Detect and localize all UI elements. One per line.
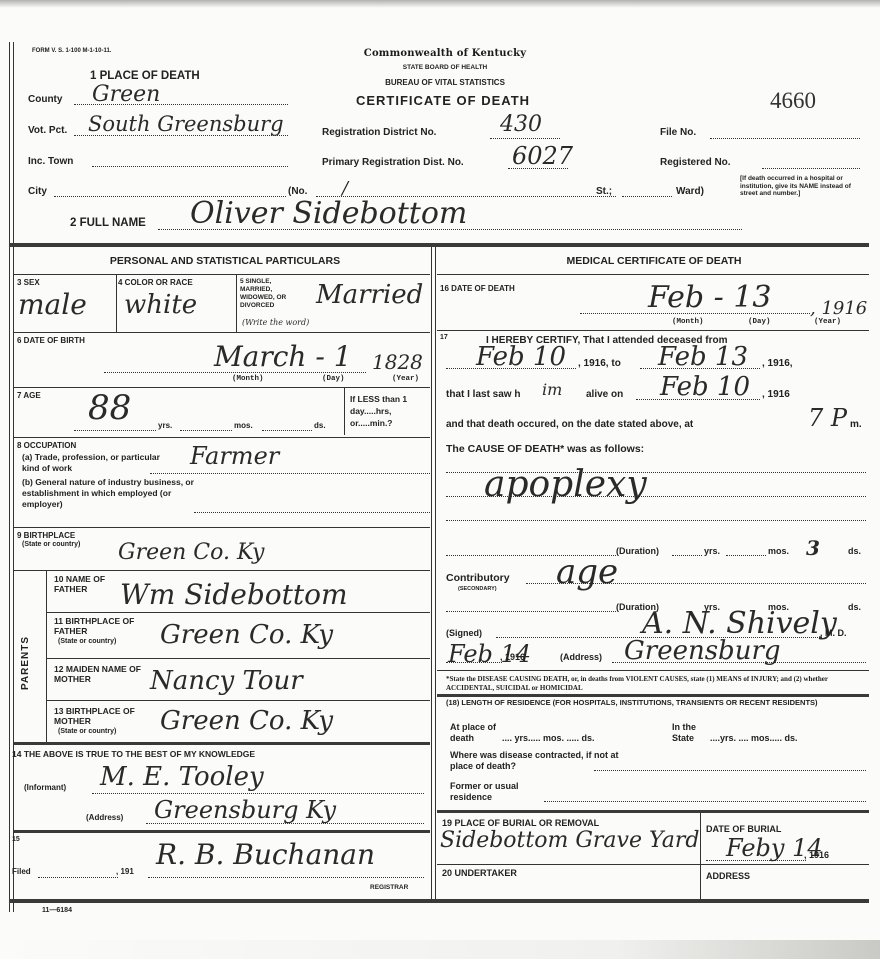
ward-label: Ward)	[676, 186, 704, 197]
occupation-a-value[interactable]: Farmer	[190, 442, 279, 470]
father-birthplace-sub: (State or country)	[58, 638, 116, 645]
undertaker-label: 20 UNDERTAKER	[442, 868, 517, 878]
cause-label: The CAUSE OF DEATH* was as follows:	[446, 443, 644, 455]
primary-registration-label: Primary Registration Dist. No.	[322, 157, 464, 168]
duration-yrs-line[interactable]	[672, 555, 702, 556]
inc-town-line[interactable]	[92, 166, 288, 167]
center-divider	[431, 247, 436, 899]
filed-year-prefix: , 191	[116, 867, 134, 876]
registration-district-value[interactable]: 430	[500, 112, 542, 137]
less-than-label: If LESS than 1 day.....hrs, or.....min.?	[350, 393, 430, 429]
duration-mos-line[interactable]	[726, 555, 766, 556]
age-ds-label: ds.	[314, 421, 326, 430]
father-birthplace-value[interactable]: Green Co. Ky	[160, 620, 333, 650]
dod-value[interactable]: Feb - 13	[648, 280, 772, 315]
at-place-units[interactable]: .... yrs..... mos. ..... ds.	[502, 733, 595, 743]
death-time-text: and that death occured, on the date stat…	[446, 419, 693, 430]
in-state-units[interactable]: ....yrs. .... mos..... ds.	[710, 733, 798, 743]
dob-value[interactable]: March - 1	[214, 340, 352, 373]
ward-line[interactable]	[622, 196, 672, 197]
mother-name-label: 12 MAIDEN NAME OF MOTHER	[54, 664, 154, 684]
occupation-b-line[interactable]	[194, 512, 430, 513]
dob-day-label: (Day)	[322, 375, 345, 383]
burial-value[interactable]: Sidebottom Grave Yard	[440, 828, 700, 853]
race-label: 4 COLOR OR RACE	[118, 278, 193, 287]
filed-label: Filed	[12, 867, 31, 876]
last-saw-value[interactable]: Feb 10	[660, 372, 750, 402]
county-value[interactable]: Green	[92, 82, 160, 107]
registration-district-line	[490, 138, 560, 139]
scan-edge-bottom	[0, 940, 880, 959]
rule-birthplace	[14, 527, 430, 528]
former-label: Former or usual residence	[450, 781, 550, 803]
signed-year: , 1916	[500, 652, 525, 662]
scan-edge-top	[0, 0, 880, 8]
rule-informant	[14, 742, 430, 745]
birthplace-value[interactable]: Green Co. Ky	[118, 540, 264, 565]
in-state-label: In the State	[672, 722, 712, 744]
inc-town-label: Inc. Town	[28, 156, 73, 167]
occupation-a-line	[150, 473, 430, 474]
dob-year[interactable]: 1828	[372, 350, 423, 374]
duration-ds-label: ds.	[848, 546, 861, 556]
certificate-title: CERTIFICATE OF DEATH	[318, 93, 568, 108]
filed-date-line[interactable]	[38, 877, 118, 878]
death-time-value[interactable]: 7 P	[808, 404, 847, 432]
informant-line	[92, 793, 424, 794]
registrar-line	[148, 877, 424, 878]
attended-from-year: , 1916, to	[578, 358, 621, 369]
rule-age	[14, 387, 430, 388]
full-name-label: 2 FULL NAME	[70, 217, 146, 229]
rule-residence	[437, 694, 869, 697]
age-mos-label: mos.	[234, 421, 253, 430]
duration-yrs-label: yrs.	[704, 546, 720, 556]
marital-note: (Write the word)	[242, 318, 309, 327]
signed-label: (Signed)	[446, 628, 482, 638]
father-name-value[interactable]: Wm Sidebottom	[120, 578, 348, 611]
last-saw-pronoun[interactable]: im	[542, 380, 562, 399]
county-label: County	[28, 94, 62, 105]
bureau-title: BUREAU OF VITAL STATISTICS	[330, 78, 560, 87]
md-label: , M. D.	[820, 628, 847, 638]
hospital-note: [If death occurred in a hospital or inst…	[740, 175, 868, 198]
dod-year-label: (Year)	[814, 318, 841, 326]
undertaker-address-label: ADDRESS	[706, 871, 750, 881]
rule-father-birthplace	[47, 612, 430, 613]
sex-label: 3 SEX	[17, 278, 40, 287]
file-no-label: File No.	[660, 127, 696, 138]
signed-address-label: (Address)	[560, 652, 602, 662]
signed-address-value[interactable]: Greensburg	[624, 636, 781, 666]
duration-ds-value[interactable]: 3	[806, 536, 820, 560]
age-value[interactable]: 88	[88, 388, 131, 428]
mother-birthplace-value[interactable]: Green Co. Ky	[160, 706, 333, 736]
bottom-rule	[9, 899, 869, 903]
burial-date-year: , 1916	[804, 850, 829, 860]
sex-race-divider	[116, 274, 117, 332]
race-value[interactable]: white	[124, 290, 197, 320]
dod-label: 16 DATE OF DEATH	[440, 284, 515, 293]
father-birthplace-label: 11 BIRTHPLACE OF FATHER	[54, 616, 154, 636]
medical-heading: MEDICAL CERTIFICATE OF DEATH	[440, 255, 868, 267]
board-title: STATE BOARD OF HEALTH	[350, 64, 540, 71]
mother-birthplace-sub: (State or country)	[58, 728, 116, 735]
parents-divider	[46, 570, 47, 742]
duration-mos-label: mos.	[768, 546, 789, 556]
rule-filed	[14, 830, 430, 833]
rule-parents	[14, 570, 430, 571]
age-label: 7 AGE	[17, 391, 41, 400]
dob-month-label: (Month)	[232, 375, 264, 383]
registered-no-line[interactable]	[762, 168, 860, 169]
occupation-label: 8 OCCUPATION	[17, 441, 76, 450]
informant-value[interactable]: M. E. Tooley	[100, 762, 264, 792]
personal-heading-rule	[14, 274, 430, 275]
place-of-death-heading: 1 PLACE OF DEATH	[90, 70, 200, 82]
informant-address-value[interactable]: Greensburg Ky	[154, 796, 336, 824]
street-st-label: St.;	[596, 186, 612, 197]
informant-address-label: (Address)	[86, 813, 123, 822]
age-less-divider	[344, 387, 345, 435]
contributory-label: Contributory	[446, 572, 510, 584]
last-saw-label: that I last saw h	[446, 389, 520, 400]
main-divider	[9, 243, 869, 247]
contributory-value[interactable]: age	[556, 552, 618, 592]
rule-mother-birthplace	[47, 700, 430, 701]
contracted-label: Where was disease contracted, if not at …	[450, 750, 620, 772]
mother-birthplace-label: 13 BIRTHPLACE OF MOTHER	[54, 706, 154, 726]
rule-undertaker	[437, 864, 869, 865]
vot-pct-label: Vot. Pct.	[28, 125, 67, 136]
file-no-line[interactable]	[710, 138, 860, 139]
city-label: City	[28, 186, 47, 197]
age-ds-line[interactable]	[262, 430, 312, 431]
informant-label: (Informant)	[24, 783, 66, 792]
dob-label: 6 DATE OF BIRTH	[17, 336, 85, 345]
marital-label: 5 SINGLE, MARRIED, WIDOWED, OR DIVORCED	[240, 278, 304, 310]
burial-date-label: DATE OF BURIAL	[706, 824, 781, 834]
parents-label: PARENTS	[20, 636, 31, 690]
dob-year-label: (Year)	[392, 375, 419, 383]
residence-heading: (18) LENGTH OF RESIDENCE (FOR HOSPITALS,…	[446, 698, 870, 707]
burial-divider	[700, 813, 701, 899]
last-saw-year: , 1916	[762, 389, 790, 400]
occupation-a-label: (a) Trade, profession, or particular kin…	[22, 452, 172, 474]
filed-number: 15	[12, 836, 20, 843]
duration2-ds-label: ds.	[848, 602, 861, 612]
form-number: FORM V. S. 1-100 M-1-10-11.	[32, 48, 111, 54]
dod-year[interactable]: , 1916	[810, 298, 867, 319]
cause-value[interactable]: apoplexy	[484, 464, 647, 505]
footer-code: 11—6184	[42, 907, 72, 914]
mother-name-value[interactable]: Nancy Tour	[150, 666, 303, 696]
birthplace-label: 9 BIRTHPLACE	[17, 531, 75, 540]
at-place-label: At place of death	[450, 722, 510, 744]
death-time-suffix: m.	[850, 419, 862, 430]
vot-pct-value[interactable]: South Greensburg	[88, 112, 284, 136]
registered-no-label: Registered No.	[660, 157, 731, 168]
certificate-number: 4660	[770, 88, 816, 114]
age-yrs-line	[74, 430, 156, 431]
personal-heading: PERSONAL AND STATISTICAL PARTICULARS	[20, 255, 430, 267]
marital-value[interactable]: Married	[316, 280, 423, 310]
age-mos-line[interactable]	[180, 430, 232, 431]
attended-to-value[interactable]: Feb 13	[658, 342, 748, 372]
informant-heading: 14 THE ABOVE IS TRUE TO THE BEST OF MY K…	[12, 749, 255, 759]
left-border	[9, 42, 14, 912]
primary-registration-value[interactable]: 6027	[512, 142, 573, 170]
attended-from-value[interactable]: Feb 10	[476, 342, 566, 372]
father-name-label: 10 NAME OF FATHER	[54, 574, 114, 594]
commonwealth-title: Commonwealth of Kentucky	[350, 48, 540, 59]
medical-heading-rule	[437, 274, 869, 275]
duration2-line	[446, 611, 616, 612]
rule-mother-name	[47, 658, 430, 659]
rule-certify	[437, 330, 869, 331]
sex-value[interactable]: male	[18, 288, 87, 321]
rule-occupation	[14, 437, 430, 438]
burial-label: 19 PLACE OF BURIAL OR REMOVAL	[442, 818, 599, 828]
race-marital-divider	[236, 274, 237, 332]
birthplace-sub: (State or country)	[22, 541, 80, 548]
registration-district-label: Registration District No.	[322, 127, 436, 138]
contracted-line[interactable]	[594, 770, 866, 771]
secondary-label: (SECONDARY)	[458, 586, 497, 592]
registrar-label: REGISTRAR	[370, 884, 408, 891]
registrar-value[interactable]: R. B. Buchanan	[156, 838, 375, 871]
alive-on-label: alive on	[586, 389, 623, 400]
occupation-b-label: (b) General nature of industry business,…	[22, 477, 206, 510]
former-line[interactable]	[544, 801, 866, 802]
duration-label: (Duration)	[616, 546, 659, 556]
footnote: *State the DISEASE CAUSING DEATH, or, in…	[446, 675, 870, 692]
age-yrs-label: yrs.	[158, 421, 172, 430]
rule-dob	[14, 332, 430, 333]
dod-day-label: (Day)	[748, 318, 771, 326]
full-name-value[interactable]: Oliver Sidebottom	[190, 196, 467, 231]
dod-month-label: (Month)	[672, 318, 704, 326]
rule-burial	[437, 810, 869, 813]
rule-footnote	[437, 670, 869, 671]
attended-to-year: , 1916,	[762, 358, 793, 369]
cause-line-3	[446, 520, 866, 521]
certify-number: 17	[440, 334, 448, 341]
